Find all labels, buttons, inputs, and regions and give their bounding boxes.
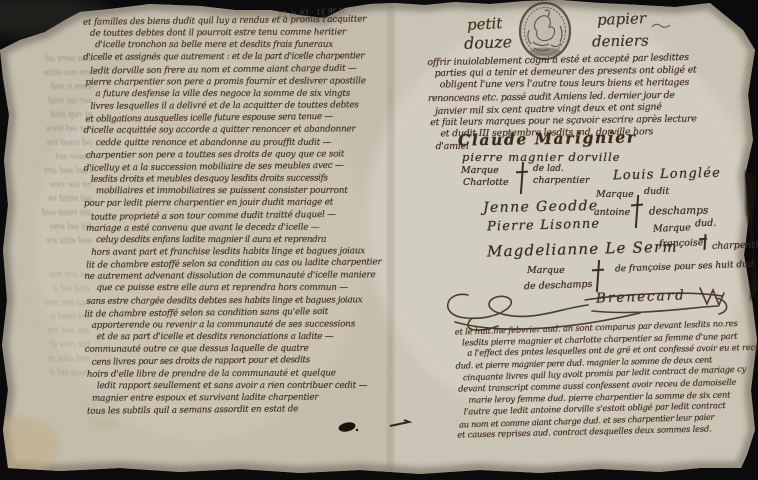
manuscript-line: tous les subtils quil a semans assordit … — [87, 402, 383, 418]
manuscript-line: cedde quitte renonce et abandonne au pro… — [96, 136, 382, 148]
bleedthrough-line: tnave sel — [6, 150, 92, 164]
bleedthrough-line: el rap etid — [6, 108, 92, 122]
bleedthrough-line: od snad ire — [6, 136, 92, 150]
manuscript-line: d'icelle acquittée soy accorde a quitter… — [84, 124, 382, 138]
manuscript-line: et de sa part d'icelle et desdits renonc… — [97, 331, 383, 343]
bleedthrough-text-upper: sno uers adem ras oitteanm e sedser uo t… — [6, 52, 92, 248]
bleedthrough-line: sel tnod e — [10, 310, 90, 324]
signature-principal: Claude Marignier — [458, 127, 637, 149]
signature-cross-mark — [516, 162, 528, 194]
bleedthrough-line: sed etta ire — [6, 234, 92, 248]
bleedthrough-line: tid sel eno — [6, 220, 92, 234]
marque-label: Marque — [653, 222, 691, 234]
signature-cross-mark — [592, 260, 604, 292]
signature-cross-mark — [631, 195, 643, 228]
marque-surname: deschamps — [649, 204, 708, 217]
bleedthrough-line: ne tse riov — [6, 178, 92, 192]
marque-label: Marque — [461, 165, 499, 176]
bleedthrough-line: me sel treu — [6, 122, 92, 136]
bleedthrough-line: etid sel a — [10, 282, 90, 296]
bleedthrough-line: ruop sel d — [10, 366, 90, 380]
photo-frame: 22 ài 93 · 11 9f 1r sno uers adem ras oi… — [0, 0, 758, 480]
bleedthrough-text-lower: ne sro mtietid sel arap me sedsel tnod e… — [10, 268, 90, 380]
manuscript-line: ledit rapport seullement et sans avoir a… — [97, 380, 383, 392]
bleedthrough-line: am ruop sed — [6, 206, 92, 220]
manuscript-line: d'icelle tronchon sa belle mere et desdi… — [95, 39, 381, 51]
bleedthrough-line: rap me sed — [10, 296, 90, 310]
manuscript-line: que ce puisse estre elle aura et reprend… — [96, 282, 382, 294]
stamp-word-deniers: deniers — [592, 32, 649, 51]
bleedthrough-line: sel ettid re — [6, 192, 92, 206]
signature-cross-mark — [699, 234, 707, 250]
right-page-codicil-block: et le huit.me febvrier aud. an sont comp… — [455, 318, 758, 441]
signature-witness: Jenne Geodde — [483, 198, 599, 216]
left-page-text-block: et familles des biens dudit quil luy a r… — [83, 14, 383, 417]
bleedthrough-line: ser uo tnid — [6, 94, 92, 108]
marque-note: de françoise pour ses huit dud. — [615, 260, 757, 275]
stamp-word-papier: papier — [597, 9, 647, 29]
manuscript-line: celuy desdits enfans ladite magnier il a… — [96, 234, 382, 246]
marque-surname: charpentier — [533, 175, 590, 186]
stamp-word-douze: douze — [464, 32, 513, 53]
manuscript-line: toutte proprieté a son tour comme dudit … — [91, 208, 382, 223]
signature-second: pierre magnier dorville — [462, 150, 621, 164]
bleedthrough-line: am sed ire — [10, 324, 90, 338]
manuscript-line: mobiliaires et immobiliaires se puissent… — [96, 185, 382, 197]
marque-of: de deschamps — [524, 279, 593, 292]
bleedthrough-line: em ras oitte — [6, 66, 92, 80]
signature-witness: françoise — [659, 237, 704, 250]
signature-notary: Brenecard — [596, 287, 686, 306]
bleedthrough-line: tse riov el — [10, 338, 90, 352]
marque-of: dudit — [644, 186, 669, 197]
manuscript-line: hoirs d'elle libre de prendre de la comm… — [87, 367, 383, 381]
stamp-word-petit: petit — [467, 14, 503, 34]
manuscript-line: lesdits droits et meubles desquoy lesdit… — [91, 172, 382, 186]
signature-witness-surname: charpentier — [712, 239, 758, 252]
bleedthrough-line: sed atte m — [10, 352, 90, 366]
signature-witness: Magdelianne Le Serm — [487, 238, 678, 261]
marque-label: Marque — [596, 189, 634, 200]
signature-witness: Pierre Lisonne — [487, 217, 601, 235]
marque-of: de lad. — [533, 164, 564, 174]
marque-name: Charlotte — [463, 177, 509, 188]
marque-of: dud. — [695, 218, 717, 230]
bleedthrough-line: ruel sed am — [6, 164, 92, 178]
marque-label: Marque — [527, 265, 565, 276]
manuscript-line: a future desfense la ville des negoce la… — [95, 88, 381, 100]
bleedthrough-line: ne sro mti — [10, 268, 90, 282]
signature-witness: Louis Longlée — [613, 166, 721, 184]
bleedthrough-line: sno uers ad — [6, 52, 92, 66]
bleedthrough-line: anm e sed — [6, 80, 92, 94]
